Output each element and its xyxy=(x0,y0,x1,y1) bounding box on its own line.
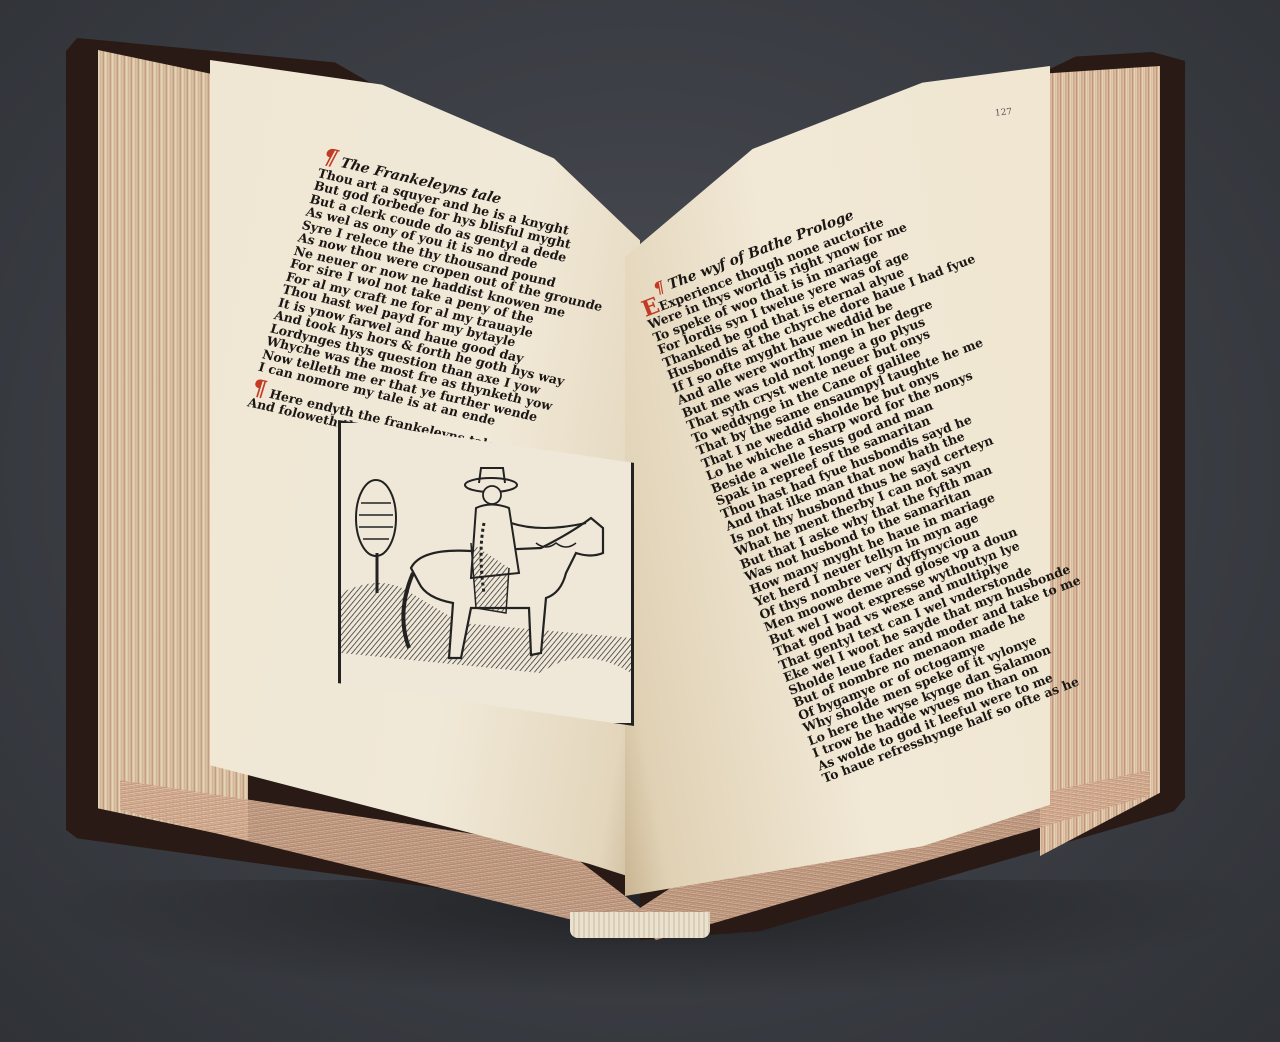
page-edges-right xyxy=(1040,66,1160,856)
woodcut-illustration xyxy=(338,420,634,726)
folio-number: 127 xyxy=(995,107,1013,119)
wife-of-bath-horse-icon xyxy=(341,423,631,723)
book-spine-headband xyxy=(570,912,710,938)
